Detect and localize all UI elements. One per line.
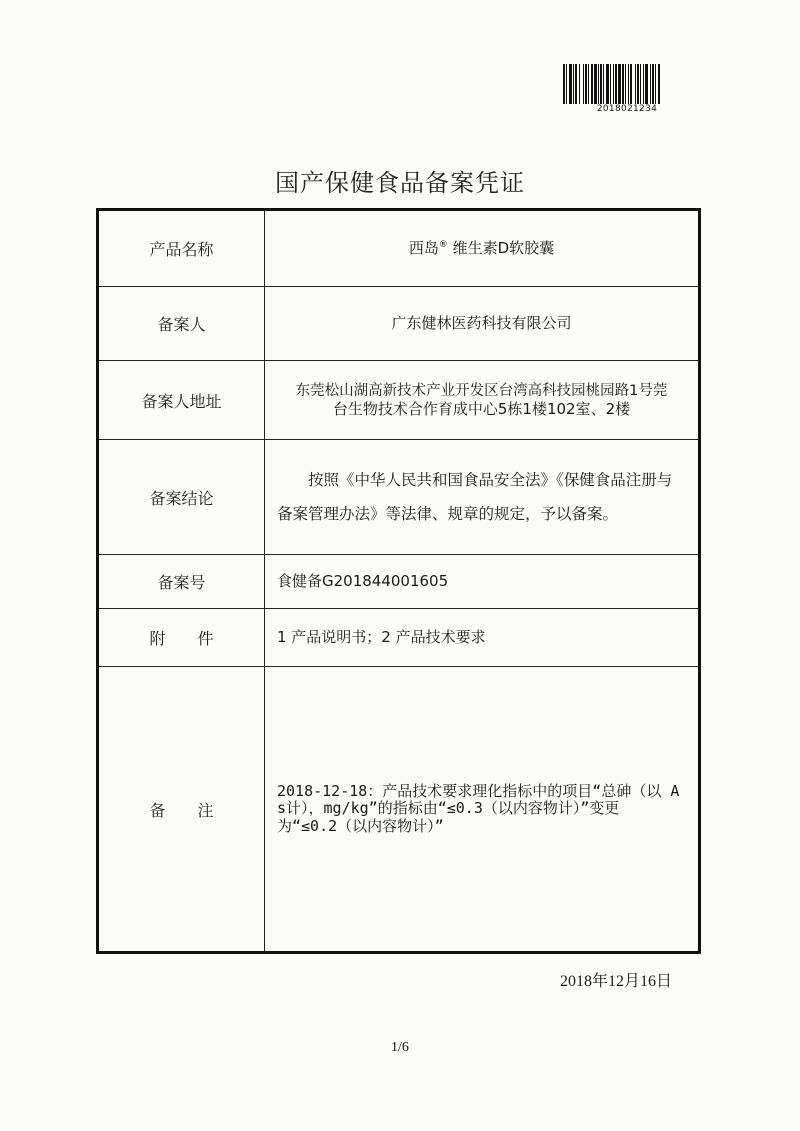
label-product-name: 产品名称 <box>98 210 265 287</box>
issue-date: 2018年12月16日 <box>560 968 672 991</box>
label-conclusion: 备案结论 <box>98 440 265 555</box>
row-registration-number: 备案号 食健备G201844001605 <box>98 555 700 609</box>
barcode <box>563 64 691 104</box>
row-product-name: 产品名称 西岛® 维生素D软胶囊 <box>98 210 700 287</box>
address-line-1: 东莞松山湖高新技术产业开发区台湾高科技园桃园路1号莞 <box>277 382 686 400</box>
remarks-line-3: 为“≤0.2（以内容物计）” <box>277 818 686 835</box>
remarks-line-2: s计），mg/kg”的指标由“≤0.3（以内容物计）”变更 <box>277 800 686 817</box>
row-remarks: 备 注 2018-12-18：产品技术要求理化指标中的项目“总砷（以 A s计）… <box>98 667 700 953</box>
registered-mark: ® <box>439 240 448 250</box>
product-brand: 西岛 <box>409 239 439 257</box>
document-title: 国产保健食品备案凭证 <box>0 163 800 198</box>
value-conclusion: 按照《中华人民共和国食品安全法》《保健食品注册与备案管理办法》等法律、规章的规定… <box>265 440 700 555</box>
page-number: 1/6 <box>0 1040 800 1056</box>
value-registrant: 广东健林医药科技有限公司 <box>265 287 700 361</box>
value-registrant-address: 东莞松山湖高新技术产业开发区台湾高科技园桃园路1号莞 台生物技术合作育成中心5栋… <box>265 361 700 440</box>
label-registrant-address: 备案人地址 <box>98 361 265 440</box>
value-attachments: 1 产品说明书；2 产品技术要求 <box>265 609 700 667</box>
label-remarks: 备 注 <box>98 667 265 953</box>
product-title: 维生素D软胶囊 <box>448 239 554 257</box>
row-attachments: 附 件 1 产品说明书；2 产品技术要求 <box>98 609 700 667</box>
conclusion-text: 按照《中华人民共和国食品安全法》《保健食品注册与备案管理办法》等法律、规章的规定… <box>277 463 686 531</box>
remarks-line-1: 2018-12-18：产品技术要求理化指标中的项目“总砷（以 A <box>277 783 686 800</box>
value-product-name: 西岛® 维生素D软胶囊 <box>265 210 700 287</box>
barcode-bar <box>660 64 661 104</box>
row-registrant: 备案人 广东健林医药科技有限公司 <box>98 287 700 361</box>
label-registrant: 备案人 <box>98 287 265 361</box>
row-conclusion: 备案结论 按照《中华人民共和国食品安全法》《保健食品注册与备案管理办法》等法律、… <box>98 440 700 555</box>
value-remarks: 2018-12-18：产品技术要求理化指标中的项目“总砷（以 A s计），mg/… <box>265 667 700 953</box>
row-registrant-address: 备案人地址 东莞松山湖高新技术产业开发区台湾高科技园桃园路1号莞 台生物技术合作… <box>98 361 700 440</box>
certificate-table: 产品名称 西岛® 维生素D软胶囊 备案人 广东健林医药科技有限公司 备案人地址 … <box>96 208 701 954</box>
label-attachments: 附 件 <box>98 609 265 667</box>
barcode-number: 2018021234 <box>563 104 691 114</box>
label-registration-number: 备案号 <box>98 555 265 609</box>
address-line-2: 台生物技术合作育成中心5栋1楼102室、2楼 <box>277 400 686 418</box>
value-registration-number: 食健备G201844001605 <box>265 555 700 609</box>
